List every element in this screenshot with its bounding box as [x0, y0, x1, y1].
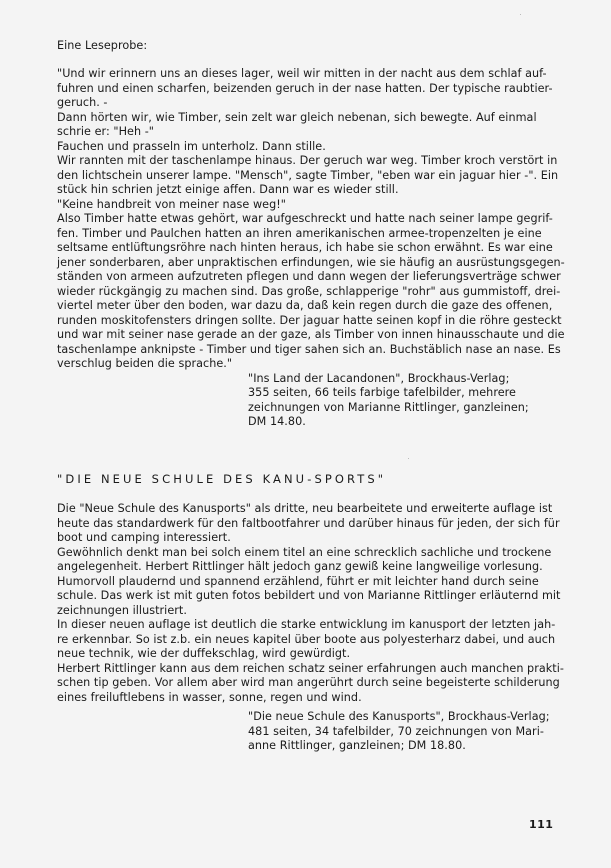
excerpt-line: Dann hörten wir, wie Timber, sein zelt w…	[57, 111, 537, 125]
excerpt-line: geruch. -	[57, 96, 108, 110]
body-line: schen tip geben. Vor allem aber wird man…	[57, 676, 560, 690]
page-number: 111	[529, 818, 553, 831]
excerpt-line: jener sonderbaren, aber unpraktischen er…	[57, 256, 565, 270]
excerpt-line: viertel meter über den boden, war dazu d…	[57, 299, 552, 313]
body-line: re erkennbar. So ist z.b. ein neues kapi…	[57, 633, 555, 647]
body-line: Herbert Rittlinger kann aus dem reichen …	[57, 662, 564, 676]
excerpt-line: Also Timber hatte etwas gehört, war aufg…	[57, 212, 553, 226]
excerpt-line: stück hin schrien jetzt einige affen. Da…	[57, 183, 399, 197]
excerpt-line: schrie er: "Heh -"	[57, 125, 154, 139]
excerpt-line: taschenlampe anknipste - Timber und tige…	[57, 343, 561, 357]
body-line: boot und camping interessiert.	[57, 531, 231, 545]
excerpt-line: fuhren und einen scharfen, beizenden ger…	[57, 82, 553, 96]
scan-speck	[408, 458, 409, 459]
excerpt-line: ständen von armeen aufzutreten pflegen u…	[57, 270, 561, 284]
citation-line: "Ins Land der Lacandonen", Brockhaus-Ver…	[248, 372, 509, 386]
citation-line: 355 seiten, 66 teils farbige tafelbilder…	[248, 386, 516, 400]
body-line: angelegenheit. Herbert Rittlinger hält j…	[57, 560, 543, 574]
body-line: Die "Neue Schule des Kanusports" als dri…	[57, 502, 552, 516]
excerpt-line: verschlug beiden die sprache."	[57, 357, 232, 371]
citation-line: zeichnungen von Marianne Rittlinger, gan…	[248, 401, 529, 415]
body-line: zeichnungen illustriert.	[57, 604, 187, 618]
body-line: schule. Das werk ist mit guten fotos beb…	[57, 589, 561, 603]
body-line: Humorvoll plaudernd und spannend erzähle…	[57, 575, 539, 589]
excerpt-line: Fauchen und prasseln im unterholz. Dann …	[57, 140, 326, 154]
document-page: Eine Leseprobe: "Und wir erinnern uns an…	[0, 0, 611, 868]
citation-line: 481 seiten, 34 tafelbilder, 70 zeichnung…	[248, 725, 544, 739]
excerpt-line: wieder rückgängig zu machen sind. Das gr…	[57, 285, 560, 299]
excerpt-line: runden moskitofensters dringen sollte. D…	[57, 314, 562, 328]
body-line: In dieser neuen auflage ist deutlich die…	[57, 618, 555, 632]
excerpt-line: "Und wir erinnern uns an dieses lager, w…	[57, 67, 547, 81]
citation-line: "Die neue Schule des Kanusports", Brockh…	[248, 710, 550, 724]
excerpt-line: fen. Timber und Paulchen hatten an ihren…	[57, 227, 542, 241]
body-line: eines freiluftlebens in wasser, sonne, r…	[57, 691, 362, 705]
body-line: Gewöhnlich denkt man bei solch einem tit…	[57, 546, 551, 560]
citation-line: DM 14.80.	[248, 415, 306, 429]
scan-speck	[520, 14, 521, 15]
excerpt-line: "Keine handbreit von meiner nase weg!"	[57, 198, 286, 212]
body-line: heute das standardwerk für den faltbootf…	[57, 517, 560, 531]
body-line: neue technik, wie der duffekschlag, wird…	[57, 647, 350, 661]
excerpt-line: und war mit seiner nase gerade an der ga…	[57, 328, 565, 342]
citation-line: anne Rittlinger, ganzleinen; DM 18.80.	[248, 739, 466, 753]
excerpt-line: seltsame entlüftungsröhre nach hinten he…	[57, 241, 553, 255]
excerpt-line: Wir rannten mit der taschenlampe hinaus.…	[57, 154, 557, 168]
excerpt-line: den lichtschein unserer lampe. "Mensch",…	[57, 169, 558, 183]
intro-label: Eine Leseprobe:	[57, 39, 147, 53]
section-heading: "DIE NEUE SCHULE DES KANU-SPORTS"	[57, 472, 386, 486]
